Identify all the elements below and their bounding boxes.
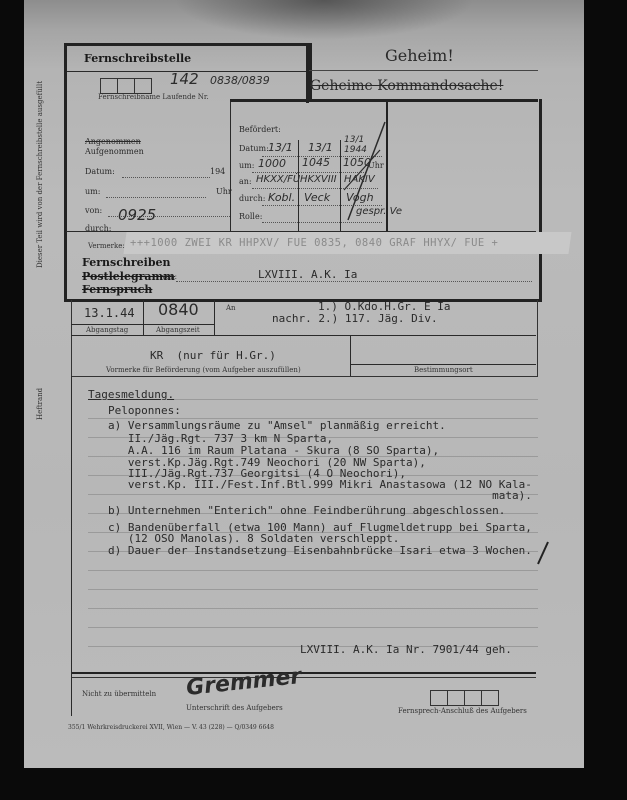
phone-caption: Fernsprech-Anschluß des Aufgebers [398, 707, 527, 715]
message-line-d: d) Dauer der Instandsetzung Eisenbahnbrü… [108, 544, 532, 557]
fwd-date-1: 13/1 [268, 141, 293, 154]
type-phone: Fernspruch [82, 283, 152, 296]
scan-shadow [174, 0, 474, 40]
message-reference: LXVIII. A.K. Ia Nr. 7901/44 geh. [300, 643, 512, 656]
phone-box-3[interactable] [464, 690, 482, 706]
dispatch-time: 0840 [158, 300, 199, 319]
strike-mark-icon [340, 120, 390, 230]
forwarded-title: Befördert: [239, 125, 281, 134]
not-transmit-label: Nicht zu übermitteln [82, 690, 156, 698]
fwd-to-1: HKXX/FÜ [256, 174, 300, 185]
recipient-2: nachr. 2.) 117. Jäg. Div. [272, 312, 438, 325]
notes-label: Vermerke: [88, 242, 125, 250]
fwd-time-1: 1000 [258, 157, 286, 170]
message-heading: Tagesmeldung. [88, 388, 174, 401]
fwd-to-2: HKXVIII [300, 174, 337, 185]
code-box-2[interactable] [117, 78, 135, 94]
type-telex: Fernschreiben [82, 256, 171, 269]
margin-note: Dieser Teil wird von der Fernschreibstel… [36, 81, 44, 268]
secrecy-heading: Geheim! [385, 46, 454, 65]
print-line: 355/1 Wehrkreisdruckerei XVII, Wien — V.… [68, 724, 274, 731]
received-time-handwritten: 0925 [118, 206, 156, 224]
message-line-b: b) Unternehmen "Enterich" ohne Feindberü… [108, 504, 505, 517]
phone-box-1[interactable] [430, 690, 448, 706]
type-post-telegram: Postlelegramm [82, 270, 175, 283]
phone-box-4[interactable] [481, 690, 499, 706]
phone-box-2[interactable] [447, 690, 465, 706]
fwd-by-2: Veck [304, 191, 330, 204]
serial-times: 0838/0839 [210, 74, 270, 87]
fwd-date-2: 13/1 [308, 141, 333, 154]
dispatch-date: 13.1.44 [84, 306, 135, 320]
code-box-3[interactable] [134, 78, 152, 94]
message-line-a7: mata). [108, 489, 532, 502]
signature-caption: Unterschrift des Aufgebers [186, 704, 283, 712]
serial-number: 142 [170, 70, 199, 88]
station-label: Fernschreibstelle [84, 52, 191, 65]
heftrand-label: Heftrand [36, 388, 44, 420]
fwd-time-2: 1045 [302, 156, 330, 169]
message-region: Peloponnes: [108, 404, 181, 417]
fwd-by-1: Kobl. [268, 191, 295, 204]
code-box-1[interactable] [100, 78, 118, 94]
secrecy-struck: Geheime Kommandosache! [310, 78, 503, 94]
teletype-text: +++1000 ZWEI KR HHPXV/ FUE 0835, 0840 GR… [130, 237, 498, 249]
sender-unit: LXVIII. A.K. Ia [258, 268, 357, 281]
routing-note: KR (nur für H.Gr.) [150, 349, 276, 362]
check-mark-icon [536, 540, 550, 566]
message-line-a1: a) Versammlungsräume zu "Amsel" planmäßi… [108, 420, 446, 432]
